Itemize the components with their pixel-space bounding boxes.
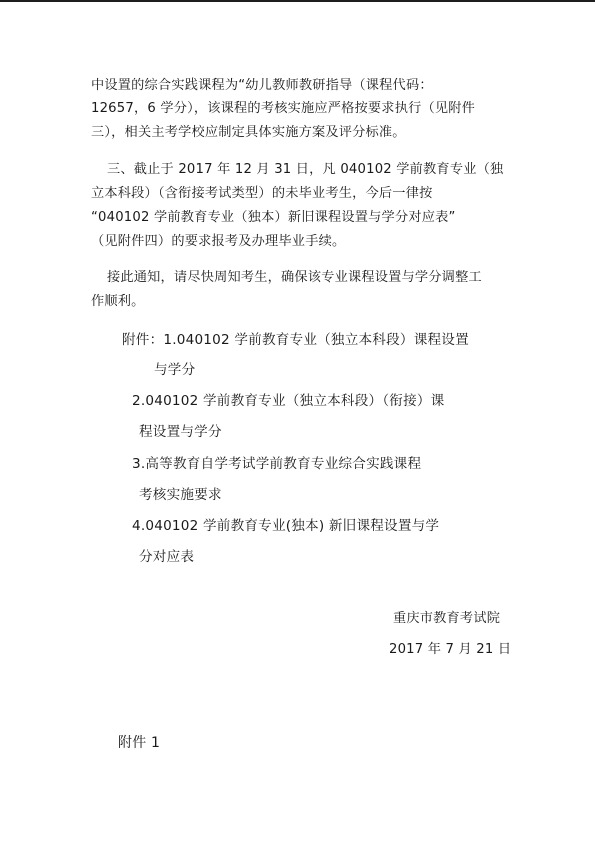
attachment-4-line-1: 4.040102 学前教育专业(独本) 新旧课程设置与学 (132, 517, 439, 535)
signature-date: 2017 年 7 月 21 日 (389, 641, 511, 659)
paragraph-1-line-1: 中设置的综合实践课程为“幼儿教师教研指导（课程代码： (91, 77, 433, 95)
page-top-border (0, 0, 595, 2)
attachment-1-line-2: 与学分 (154, 361, 195, 379)
paragraph-1-line-3: 三），相关主考学校应制定具体实施方案及评分标准。 (91, 124, 406, 142)
paragraph-2-line-3: “040102 学前教育专业（独本）新旧课程设置与学分对应表” (91, 209, 456, 227)
attachment-2-line-2: 程设置与学分 (139, 423, 222, 441)
attachment-2-line-1: 2.040102 学前教育专业（独立本科段）（衔接）课 (132, 392, 444, 410)
signature-organization: 重庆市教育考试院 (393, 610, 500, 628)
attachments-label: 附件： (122, 332, 163, 348)
paragraph-3-line-1: 接此通知，请尽快周知考生，确保该专业课程设置与学分调整工 (107, 269, 482, 287)
attachment-1-line-1: 附件：1.040102 学前教育专业（独立本科段）课程设置 (122, 331, 469, 349)
attachment-4-line-2: 分对应表 (139, 548, 194, 566)
attachment-1-title: 1.040102 学前教育专业（独立本科段）课程设置 (163, 332, 468, 348)
appendix-heading: 附件 1 (118, 734, 160, 752)
attachment-3-line-1: 3.高等教育自学考试学前教育专业综合实践课程 (132, 455, 421, 473)
paragraph-2-line-1: 三、截止于 2017 年 12 月 31 日，凡 040102 学前教育专业（独 (107, 161, 503, 179)
paragraph-2-line-4: （见附件四）的要求报考及办理毕业手续。 (91, 233, 345, 251)
paragraph-1-line-2: 12657，6 学分），该课程的考核实施应严格按要求执行（见附件 (91, 100, 475, 118)
paragraph-2-line-2: 立本科段）（含衔接考试类型）的未毕业考生，今后一律按 (91, 185, 432, 203)
attachment-3-line-2: 考核实施要求 (139, 486, 222, 504)
paragraph-3-line-2: 作顺利。 (91, 293, 145, 311)
